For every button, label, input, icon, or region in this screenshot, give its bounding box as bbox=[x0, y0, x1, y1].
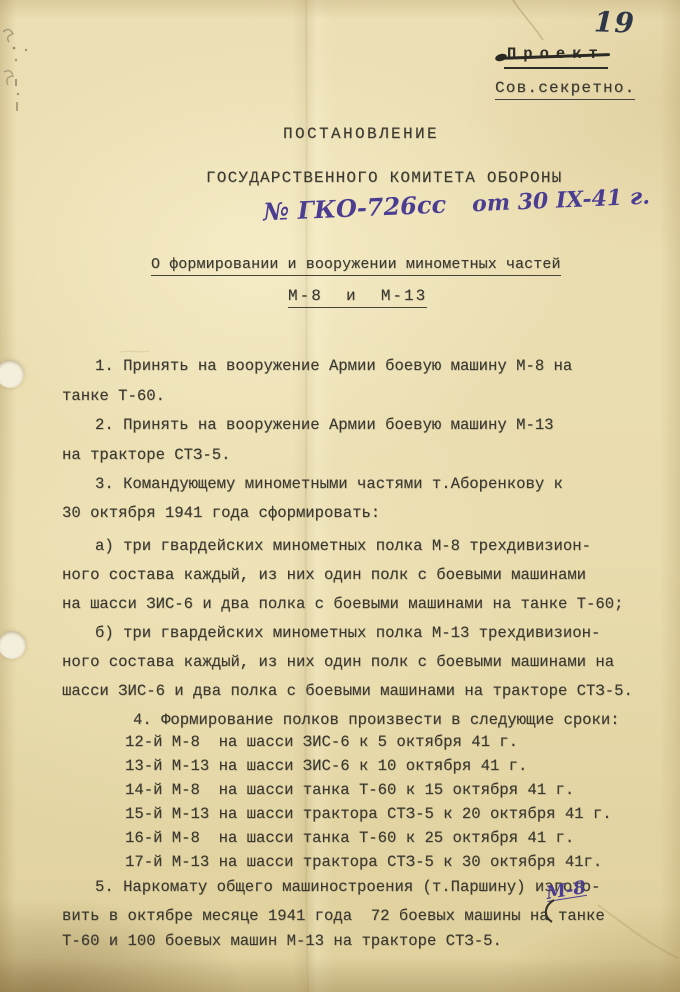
document-line: 16-й М-8 на шасси танка Т-60 к 25 октябр… bbox=[125, 829, 574, 847]
document-line: ного состава каждый, из них один полк с … bbox=[62, 566, 586, 584]
document-line: б) три гвардейских минометных полка М-13… bbox=[95, 624, 600, 642]
document-line: танке Т-60. bbox=[62, 387, 165, 405]
document-line: 12-й М-8 на шасси ЗИС-6 к 5 октября 41 г… bbox=[125, 733, 518, 751]
document-line: ного состава каждый, из них один полк с … bbox=[62, 653, 614, 671]
hole-punch-top bbox=[0, 360, 24, 388]
document-line: Т-60 и 100 боевых машин М-13 на тракторе… bbox=[62, 932, 502, 950]
handwritten-decree-number-line: № ГКО-726ссот 30 IX-41 г. bbox=[263, 181, 651, 227]
draft-stamp: Проект bbox=[504, 45, 608, 69]
document-line: 13-й М-13 на шасси ЗИС-6 к 10 октября 41… bbox=[125, 757, 527, 775]
document-line: 30 октября 1941 года сформировать: bbox=[62, 504, 380, 522]
classification-stamp: Сов.секретно. bbox=[495, 79, 635, 100]
subject-title-line1: О формировании и вооружении минометных ч… bbox=[151, 256, 561, 276]
document-line: 2. Принять на вооружение Армии боевую ма… bbox=[95, 416, 554, 434]
page-number: 19 bbox=[593, 5, 635, 39]
document-line: шасси ЗИС-6 и два полка с боевыми машина… bbox=[62, 682, 633, 700]
decree-title: ПОСТАНОВЛЕНИЕ bbox=[283, 125, 439, 143]
document-line: на шасси ЗИС-6 и два полка с боевыми маш… bbox=[62, 595, 623, 613]
decree-issuer: ГОСУДАРСТВЕННОГО КОМИТЕТА ОБОРОНЫ bbox=[206, 169, 562, 187]
document-line: а) три гвардейских минометных полка М-8 … bbox=[95, 537, 591, 555]
document-line: 3. Командующему минометными частями т.Аб… bbox=[95, 475, 563, 493]
handwritten-decree-date: от 30 IX-41 г. bbox=[472, 184, 651, 218]
hole-punch-bottom bbox=[0, 631, 26, 659]
document-line: 5. Наркомату общего машиностроения (т.Па… bbox=[95, 878, 600, 896]
pencil-scribbles bbox=[0, 22, 70, 262]
document-line: 4. Формирование полков произвести в след… bbox=[133, 711, 620, 729]
scanned-document-page: 19 Проект Сов.секретно. ПОСТАНОВЛЕНИЕ ГО… bbox=[0, 0, 680, 992]
document-line: 15-й М-13 на шасси трактора СТЗ-5 к 20 о… bbox=[125, 805, 612, 823]
subject-title-line2: М-8 и М-13 bbox=[288, 287, 427, 308]
document-line: 1. Принять на вооружение Армии боевую ма… bbox=[95, 357, 572, 375]
document-line: на тракторе СТЗ-5. bbox=[62, 446, 230, 464]
document-line: 14-й М-8 на шасси танка Т-60 к 15 октябр… bbox=[125, 781, 574, 799]
document-line: 17-й М-13 на шасси трактора СТЗ-5 к 30 о… bbox=[125, 853, 602, 871]
document-line: вить в октябре месяце 1941 года 72 боевы… bbox=[62, 907, 605, 925]
handwritten-decree-number: № ГКО-726сс bbox=[263, 189, 447, 226]
